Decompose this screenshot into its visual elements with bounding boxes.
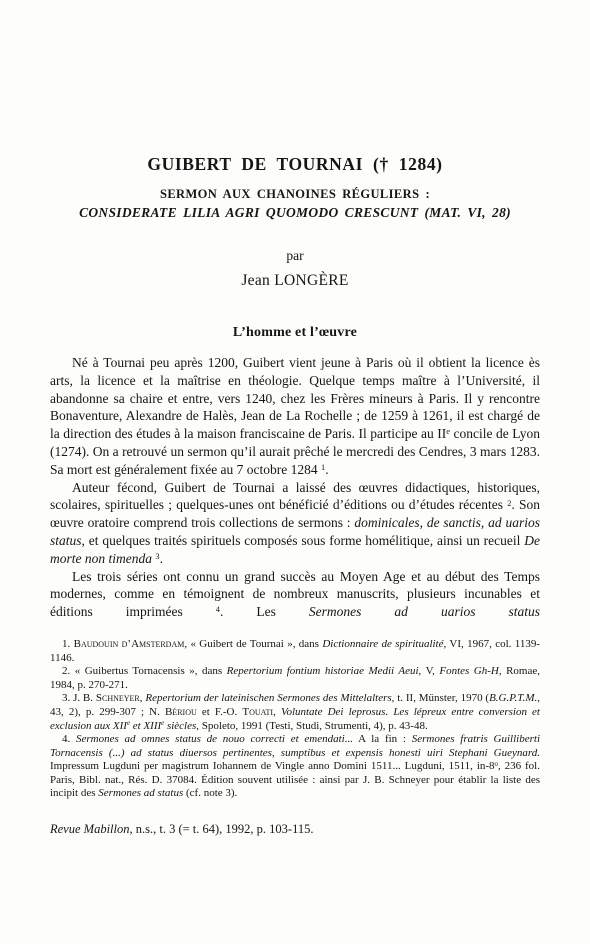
body-paragraph-1: Né à Tournai peu après 1200, Guibert vie… — [50, 354, 540, 479]
footnote-4: 4. Sermones ad omnes status de nouo corr… — [50, 733, 540, 801]
journal-reference-line: Revue Mabillon, n.s., t. 3 (= t. 64), 19… — [50, 822, 540, 837]
footnote-2: 2. « Guibertus Tornacensis », dans Reper… — [50, 665, 540, 692]
article-header: GUIBERT DE TOURNAI († 1284) SERMON AUX C… — [50, 0, 540, 290]
document-page: GUIBERT DE TOURNAI († 1284) SERMON AUX C… — [0, 0, 590, 944]
section-heading: L’homme et l’œuvre — [50, 325, 540, 341]
byline-par: par — [50, 248, 540, 264]
footnotes-section: 1. Baudouin d’Amsterdam, « Guibert de To… — [50, 638, 540, 801]
article-title: GUIBERT DE TOURNAI († 1284) — [50, 154, 540, 175]
body-paragraph-3: Les trois séries ont connu un grand succ… — [50, 568, 540, 621]
footnote-3: 3. J. B. Schneyer, Repertorium der latei… — [50, 692, 540, 733]
article-subtitle-line2: CONSIDERATE LILIA AGRI QUOMODO CRESCUNT … — [50, 205, 540, 221]
article-body: Né à Tournai peu après 1200, Guibert vie… — [50, 354, 540, 621]
journal-footer: Revue Mabillon, n.s., t. 3 (= t. 64), 19… — [50, 822, 540, 837]
article-subtitle-line1: SERMON AUX CHANOINES RÉGULIERS : — [50, 187, 540, 202]
footnote-1: 1. Baudouin d’Amsterdam, « Guibert de To… — [50, 638, 540, 665]
body-paragraph-2: Auteur fécond, Guibert de Tournai a lais… — [50, 479, 540, 568]
author-name: Jean LONGÈRE — [50, 272, 540, 290]
